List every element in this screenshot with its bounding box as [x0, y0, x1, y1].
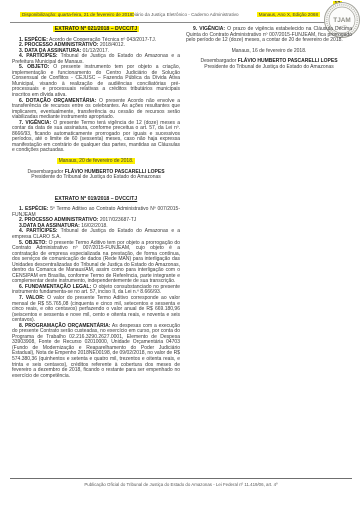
page-header: Disponibilização: quarta-feira, 21 de fe…: [10, 10, 352, 22]
extract-019-items: 1. ESPÉCIE: 5º Termo Aditivo ao Contrato…: [12, 207, 180, 379]
right-column: 9. VIGÊNCIA: O prazo de vigência estabel…: [186, 27, 352, 70]
gazette-page: Disponibilização: quarta-feira, 21 de fe…: [0, 0, 362, 512]
extract-019-date: Manaus, 16 de fevereiro de 2018.: [186, 49, 352, 55]
extract-item: 5. OBJETO: O presente Termo Aditivo tem …: [12, 241, 180, 285]
extract-021-signature: Desembargador FLÁVIO HUMBERTO PASCARELLI…: [12, 170, 180, 181]
seal-label: TJAM: [333, 17, 350, 24]
extract-021-date: Manaus, 20 de fevereiro de 2018.: [12, 159, 180, 165]
extract-021-items: 1. ESPÉCIE: Acordo de Cooperação Técnica…: [12, 38, 180, 154]
header-journal-title: Diário da Justiça Eletrônico - Caderno A…: [120, 12, 250, 17]
extract-item: 5. OBJETO: O presente instrumento tem po…: [12, 65, 180, 98]
extract-019-item-9: 9. VIGÊNCIA: O prazo de vigência estabel…: [186, 27, 352, 44]
left-column: EXTRATO Nº 021/2018 – DVCC/TJ 1. ESPÉCIE…: [12, 27, 180, 379]
spacer: [12, 181, 180, 197]
extract-item: 6. DOTAÇÃO ORÇAMENTÁRIA: O presente Acor…: [12, 99, 180, 121]
extract-019-title: EXTRATO Nº 019/2018 – DVCC/TJ: [12, 197, 180, 203]
header-edition: Manaus, Ano X, Edição 2068: [257, 12, 320, 17]
extract-item: 7. VIGÊNCIA: O presente Termo terá vigên…: [12, 121, 180, 154]
extract-item: 7. VALOR: O valor do presente Termo Adit…: [12, 296, 180, 324]
header-divider: [10, 22, 352, 23]
extract-021-title: EXTRATO Nº 021/2018 – DVCC/TJ: [12, 27, 180, 33]
extract-019-signature: Desembargador FLÁVIO HUMBERTO PASCARELLI…: [186, 59, 352, 70]
footer-text: Publicação Oficial do Tribunal de Justiç…: [10, 482, 352, 487]
header-availability-date: Disponibilização: quarta-feira, 21 de fe…: [20, 12, 134, 17]
extract-item: 8. PROGRAMAÇÃO ORÇAMENTÁRIA: As despesas…: [12, 324, 180, 379]
footer-divider: [10, 478, 352, 479]
